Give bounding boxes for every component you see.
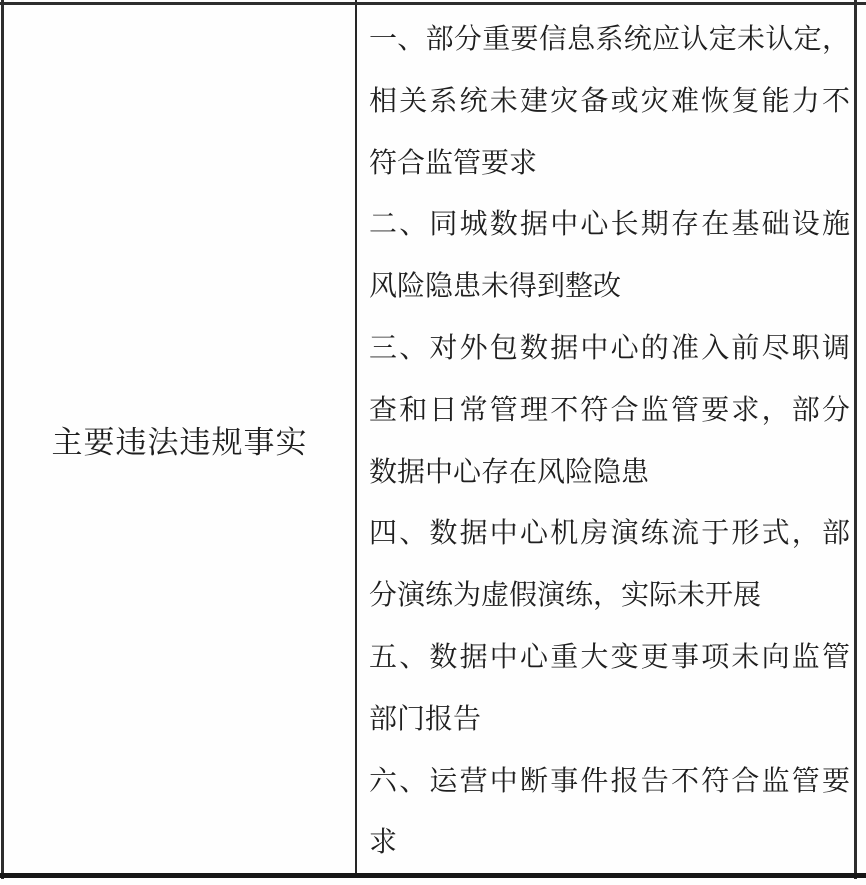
violation-item: 一、部分重要信息系统应认定未认定，相关系统未建灾备或灾难恢复能力不符合监管要求 <box>369 9 850 194</box>
violation-item: 三、对外包数据中心的准入前尽职调查和日常管理不符合监管要求，部分数据中心存在风险… <box>369 318 850 503</box>
violation-line: 符合监管要求 <box>369 133 850 195</box>
violation-line: 求 <box>369 812 850 874</box>
scanned-document-table: 主要违法违规事实 一、部分重要信息系统应认定未认定，相关系统未建灾备或灾难恢复能… <box>0 0 866 885</box>
violation-item: 四、数据中心机房演练流于形式，部分演练为虚假演练，实际未开展 <box>369 503 850 627</box>
violation-line: 五、数据中心重大变更事项未向监管 <box>369 627 850 689</box>
violation-line: 二、同城数据中心长期存在基础设施 <box>369 194 850 256</box>
table-right-border <box>854 0 857 879</box>
violation-line: 六、运营中断事件报告不符合监管要 <box>369 751 850 813</box>
violation-line: 分演练为虚假演练，实际未开展 <box>369 565 850 627</box>
violation-line: 查和日常管理不符合监管要求，部分 <box>369 380 850 442</box>
table-column-divider <box>355 0 357 878</box>
violation-line: 四、数据中心机房演练流于形式，部 <box>369 503 850 565</box>
row-label: 主要违法违规事实 <box>52 417 308 462</box>
violation-item: 五、数据中心重大变更事项未向监管部门报告 <box>369 627 850 751</box>
violation-line: 数据中心存在风险隐患 <box>369 442 850 504</box>
row-header-cell: 主要违法违规事实 <box>4 5 355 873</box>
violation-item: 六、运营中断事件报告不符合监管要求 <box>369 751 850 875</box>
violation-line: 部门报告 <box>369 689 850 751</box>
violation-line: 一、部分重要信息系统应认定未认定， <box>369 9 850 71</box>
violation-line: 风险隐患未得到整改 <box>369 256 850 318</box>
violation-line: 三、对外包数据中心的准入前尽职调 <box>369 318 850 380</box>
violations-cell: 一、部分重要信息系统应认定未认定，相关系统未建灾备或灾难恢复能力不符合监管要求二… <box>369 9 850 874</box>
violation-line: 相关系统未建灾备或灾难恢复能力不 <box>369 71 850 133</box>
violation-item: 二、同城数据中心长期存在基础设施风险隐患未得到整改 <box>369 194 850 318</box>
